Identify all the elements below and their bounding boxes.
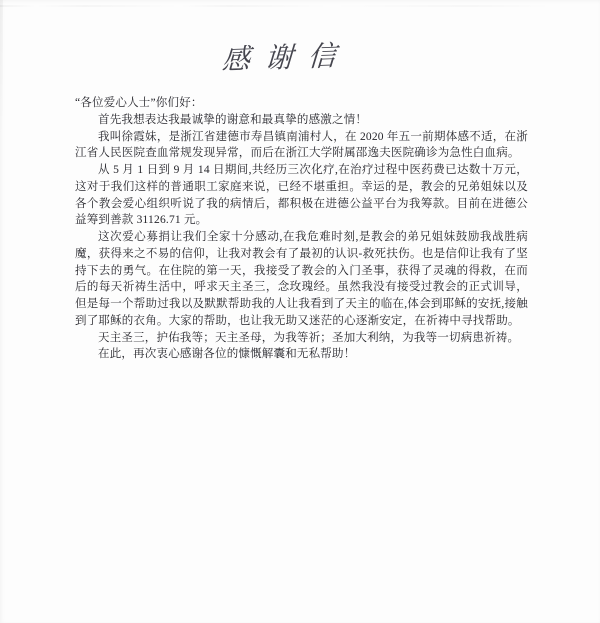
letter-title-handwritten: 感谢信 <box>221 34 352 79</box>
scanned-letter-page: 感谢信 “各位爱心人士”你们好： 首先我想表达我最诚挚的谢意和最真挚的感激之情！… <box>0 0 600 623</box>
letter-paragraph: 我叫徐霞妹，是浙江省建德市寿昌镇南浦村人，在 2020 年五一前期体感不适，在浙… <box>75 129 528 163</box>
scan-edge-artifact <box>0 0 3 140</box>
letter-paragraph: 从 5 月 1 日到 9 月 14 日期间,共经历三次化疗,在治疗过程中医药费已… <box>75 162 528 229</box>
letter-paragraph: 首先我想表达我最诚挚的谢意和最真挚的感激之情！ <box>75 112 528 129</box>
letter-paragraph: 这次爱心募捐让我们全家十分感动,在我危难时刻,是教会的弟兄姐妹鼓励我战胜病魔，获… <box>75 229 528 330</box>
salutation: “各位爱心人士”你们好： <box>75 95 528 112</box>
letter-body: “各位爱心人士”你们好： 首先我想表达我最诚挚的谢意和最真挚的感激之情！ 我叫徐… <box>75 95 528 363</box>
scan-edge-artifact <box>0 5 600 7</box>
letter-paragraph: 天主圣三，护佑我等；天主圣母，为我等祈；圣加大利纳，为我等一切病患祈祷。 <box>75 330 528 347</box>
letter-paragraph: 在此，再次衷心感谢各位的慷慨解囊和无私帮助！ <box>75 346 528 363</box>
